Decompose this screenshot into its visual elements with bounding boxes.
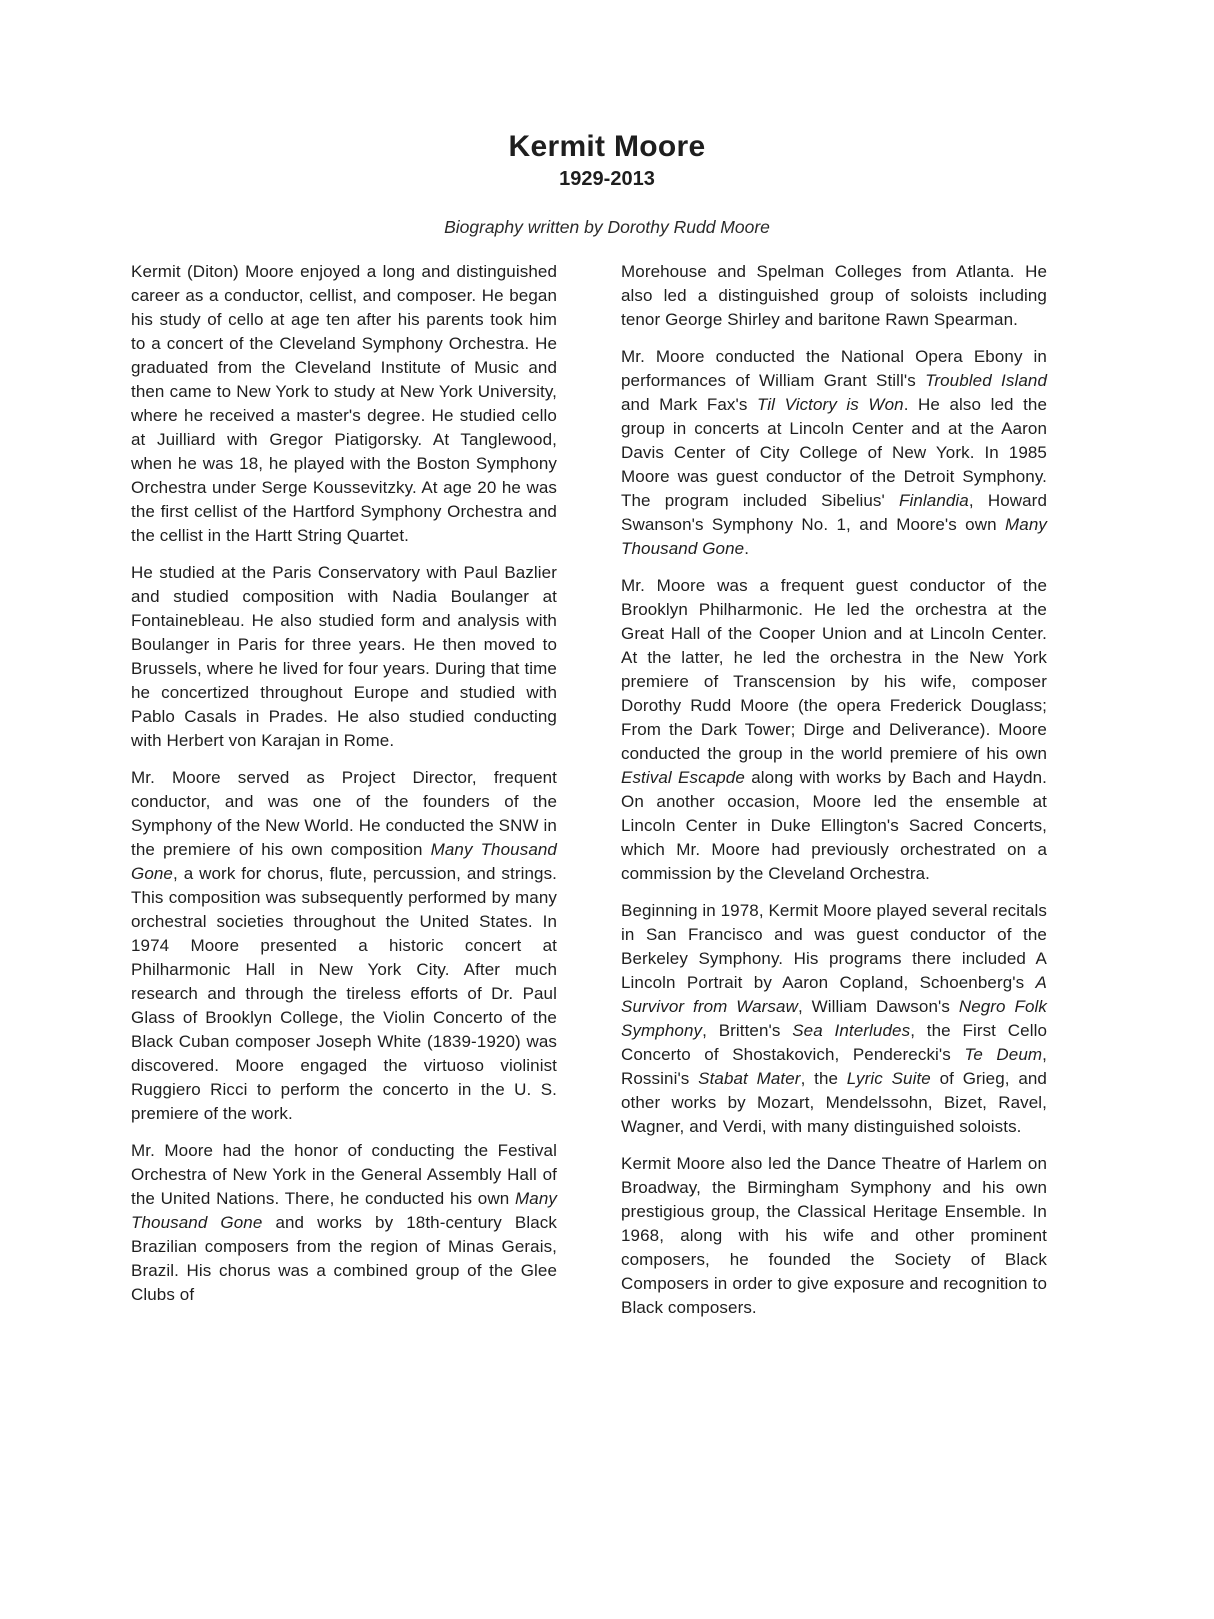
text-run: Morehouse and Spelman Colleges from Atla… (621, 262, 1047, 329)
paragraph: Kermit Moore also led the Dance Theatre … (621, 1152, 1047, 1320)
document-page: Kermit Moore 1929-2013 Biography written… (0, 0, 1214, 1619)
text-run: , a work for chorus, flute, percussion, … (131, 864, 557, 1123)
italic-text-run: Stabat Mater (698, 1069, 800, 1088)
paragraph: He studied at the Paris Conservatory wit… (131, 561, 557, 753)
text-run: Mr. Moore was a frequent guest conductor… (621, 576, 1047, 763)
paragraph: Beginning in 1978, Kermit Moore played s… (621, 899, 1047, 1139)
text-run: Kermit Moore also led the Dance Theatre … (621, 1154, 1047, 1317)
byline: Biography written by Dorothy Rudd Moore (0, 217, 1214, 238)
text-run: and Mark Fax's (621, 395, 757, 414)
paragraph: Mr. Moore was a frequent guest conductor… (621, 574, 1047, 886)
two-column-body: Kermit (Diton) Moore enjoyed a long and … (131, 260, 1047, 1333)
paragraph: Mr. Moore served as Project Director, fr… (131, 766, 557, 1126)
text-run: , Britten's (702, 1021, 792, 1040)
italic-text-run: Estival Escapde (621, 768, 745, 787)
italic-text-run: Troubled Island (925, 371, 1047, 390)
italic-text-run: Finlandia (899, 491, 969, 510)
italic-text-run: Lyric Suite (847, 1069, 931, 1088)
paragraph: Mr. Moore had the honor of conducting th… (131, 1139, 557, 1307)
paragraph: Morehouse and Spelman Colleges from Atla… (621, 260, 1047, 332)
paragraph: Kermit (Diton) Moore enjoyed a long and … (131, 260, 557, 548)
left-column: Kermit (Diton) Moore enjoyed a long and … (131, 260, 557, 1333)
paragraph: Mr. Moore conducted the National Opera E… (621, 345, 1047, 561)
page-title: Kermit Moore (0, 130, 1214, 165)
text-run: Kermit (Diton) Moore enjoyed a long and … (131, 262, 557, 545)
italic-text-run: Te Deum (964, 1045, 1042, 1064)
italic-text-run: Sea Interludes (792, 1021, 910, 1040)
document-header: Kermit Moore 1929-2013 Biography written… (0, 130, 1214, 238)
text-run: He studied at the Paris Conservatory wit… (131, 563, 557, 750)
italic-text-run: Til Victory is Won (757, 395, 904, 414)
text-run: , the (801, 1069, 847, 1088)
right-column: Morehouse and Spelman Colleges from Atla… (621, 260, 1047, 1333)
life-dates: 1929-2013 (0, 168, 1214, 191)
text-run: . (744, 539, 749, 558)
text-run: Beginning in 1978, Kermit Moore played s… (621, 901, 1047, 992)
text-run: , William Dawson's (798, 997, 959, 1016)
text-run: Mr. Moore had the honor of conducting th… (131, 1141, 557, 1208)
